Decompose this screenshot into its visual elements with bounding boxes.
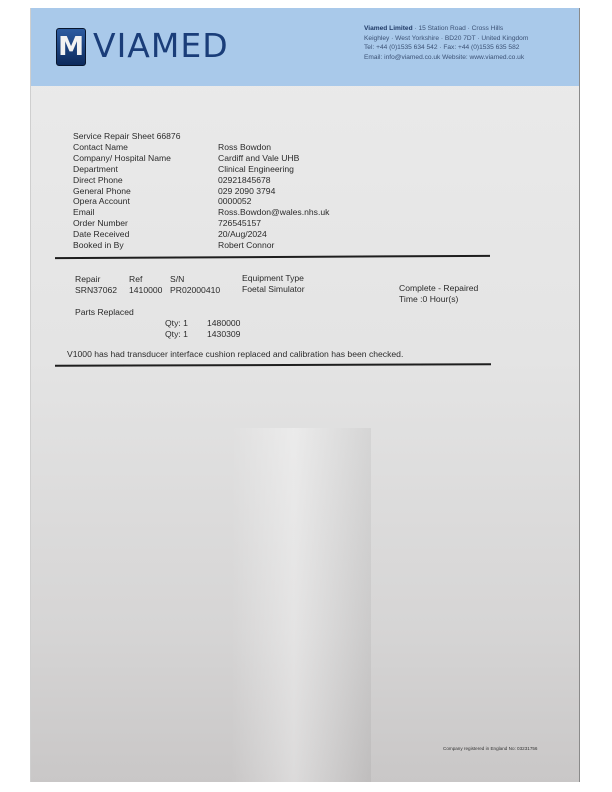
ref-header: Ref (129, 274, 142, 285)
contact-details: Service Repair Sheet 66876 Contact NameR… (73, 131, 329, 251)
divider (55, 255, 490, 259)
company-logo-text: VIAMED (93, 26, 229, 66)
field-row: Company/ Hospital NameCardiff and Vale U… (73, 153, 329, 164)
equipment-type: Foetal Simulator (242, 284, 305, 295)
part-code: 1480000 (207, 318, 240, 329)
address-line: Email: info@viamed.co.uk Website: www.vi… (364, 53, 574, 63)
field-row: General Phone029 2090 3794 (73, 186, 329, 197)
repair-number: SRN37062 (75, 285, 117, 296)
divider (55, 363, 491, 366)
field-row: Date Received20/Aug/2024 (73, 229, 329, 240)
sheet-title: Service Repair Sheet 66876 (73, 131, 329, 142)
viamed-logo-icon: M (56, 28, 86, 66)
repair-status: Complete - Repaired (399, 283, 478, 294)
paper-fold-shadow (231, 428, 371, 782)
part-qty: Qty: 1 (165, 329, 188, 340)
serial-number: PR02000410 (170, 285, 220, 296)
field-row: Order Number726545157 (73, 218, 329, 229)
part-code: 1430309 (207, 329, 240, 340)
equipment-header: Equipment Type (242, 273, 304, 284)
sn-header: S/N (170, 274, 184, 285)
company-address: Viamed Limited · 15 Station Road · Cross… (364, 24, 574, 62)
field-row: Direct Phone02921845678 (73, 175, 329, 186)
repair-header: Repair (75, 274, 100, 285)
field-row: EmailRoss.Bowdon@wales.nhs.uk (73, 207, 329, 218)
address-line: Viamed Limited · 15 Station Road · Cross… (364, 24, 574, 34)
field-row: Contact NameRoss Bowdon (73, 142, 329, 153)
letterhead: M VIAMED Viamed Limited · 15 Station Roa… (31, 8, 579, 86)
field-row: Opera Account0000052 (73, 196, 329, 207)
company-registration: Company registered in England No: 032317… (443, 746, 538, 751)
field-row: DepartmentClinical Engineering (73, 164, 329, 175)
repair-sheet-page: M VIAMED Viamed Limited · 15 Station Roa… (31, 8, 579, 782)
address-line: Tel: +44 (0)1535 634 542 · Fax: +44 (0)1… (364, 43, 574, 53)
repair-time: Time :0 Hour(s) (399, 294, 458, 305)
parts-replaced-label: Parts Replaced (75, 307, 134, 318)
field-row: Booked in ByRobert Connor (73, 240, 329, 251)
ref-number: 1410000 (129, 285, 162, 296)
address-line: Keighley · West Yorkshire · BD20 7DT · U… (364, 34, 574, 44)
repair-note: V1000 has had transducer interface cushi… (67, 349, 403, 360)
part-qty: Qty: 1 (165, 318, 188, 329)
